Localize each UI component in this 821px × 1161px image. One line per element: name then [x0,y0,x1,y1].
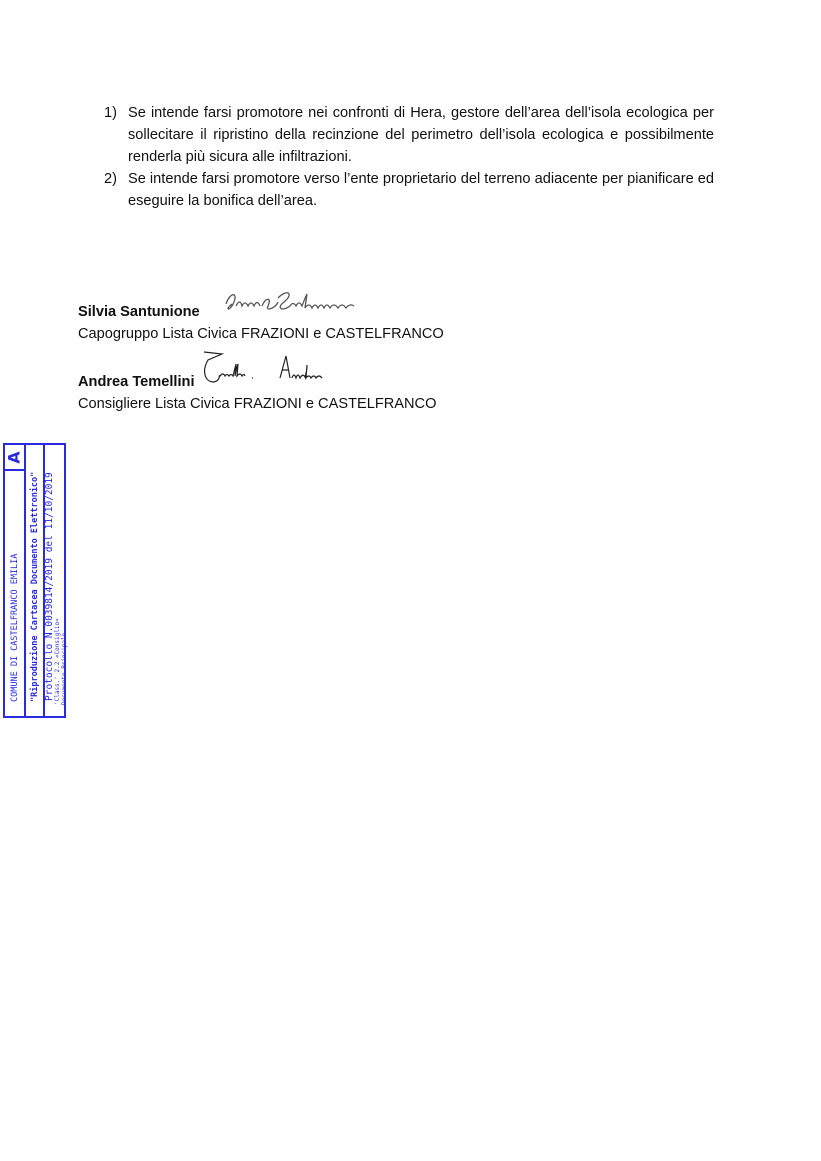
signatory-role: Capogruppo Lista Civica FRAZIONI e CASTE… [78,323,444,345]
list-number: 2) [104,168,117,190]
stamp-municipality: COMUNE DI CASTELFRANCO EMILIA [10,554,20,702]
stamp-column-3: Protocollo N.0039814/2019 del 11/10/2019… [45,445,64,716]
list-text: Se intende farsi promotore nei confronti… [128,105,714,165]
stamp-protocol-number: Protocollo N.0039814/2019 del 11/10/2019 [44,472,55,701]
list-item: 1)Se intende farsi promotore nei confron… [104,102,714,168]
signature-temellini [200,348,340,388]
stamp-classification: 'Class.' 2.2 «Consiglio» [54,618,61,705]
list-text: Se intende farsi promotore verso l’ente … [128,171,714,209]
signatory-role: Consigliere Lista Civica FRAZIONI e CAST… [78,393,436,415]
stamp-letter: A [5,451,24,463]
list-item: 2)Se intende farsi promotore verso l’ent… [104,168,714,212]
stamp-letter-box: A [5,445,24,471]
request-list: 1)Se intende farsi promotore nei confron… [104,102,714,212]
stamp-reproduction-note: "Riproduzione Cartacea Documento Elettro… [30,472,40,702]
stamp-column-1: A COMUNE DI CASTELFRANCO EMILIA [5,445,26,716]
stamp-column-2: "Riproduzione Cartacea Documento Elettro… [26,445,45,716]
list-number: 1) [104,102,117,124]
stamp-document-type: Documento Principale [61,633,68,705]
protocol-stamp: A COMUNE DI CASTELFRANCO EMILIA "Riprodu… [3,443,66,718]
signature-santunione [218,286,388,318]
